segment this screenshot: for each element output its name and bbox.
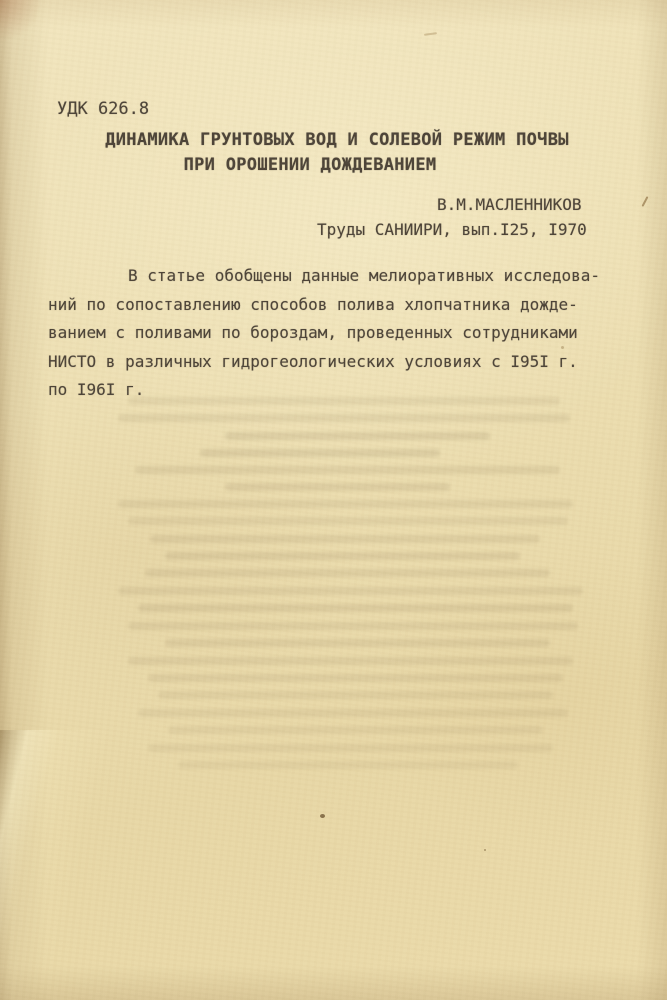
bleedthrough-line [128,657,573,665]
abstract-line: В статье обобщены данные мелиоративных и… [128,267,600,285]
bleedthrough-line [118,414,570,422]
ink-speck [484,849,486,851]
abstract-line: по I96I г. [48,381,144,399]
doc-title-line1: ДИНАМИКА ГРУНТОВЫХ ВОД И СОЛЕВОЙ РЕЖИМ П… [105,131,569,151]
abstract-line: НИСТО в различных гидрогеологических усл… [48,353,578,371]
bleedthrough-line [135,466,560,474]
bleedthrough-line [118,500,573,508]
source-line: Труды САНИИРИ, вып.I25, I970 [317,221,587,239]
bleedthrough-line [150,535,540,543]
ink-speck [320,814,325,818]
bleedthrough-line [165,552,520,560]
bleedthrough-line [128,517,568,525]
bleedthrough-line [145,569,550,577]
author-name: В.М.МАСЛЕННИКОВ [437,196,582,214]
ink-speck [561,346,564,349]
bleedthrough-line [178,761,518,769]
abstract-line: ванием с поливами по бороздам, проведенн… [48,324,578,342]
udc-code: УДК 626.8 [57,100,149,120]
bleedthrough-line [158,691,553,699]
bleedthrough-line [168,726,543,734]
bleedthrough-line [128,622,578,630]
document-page: УДК 626.8 ДИНАМИКА ГРУНТОВЫХ ВОД И СОЛЕВ… [0,0,667,1000]
bleedthrough-line [225,483,450,491]
page-curl [0,730,150,1000]
bleedthrough-line [148,744,553,752]
bleedthrough-line [200,449,440,457]
pen-mark [642,196,649,207]
ink-speck [424,32,437,36]
bleedthrough-line [138,604,573,612]
bleedthrough-line [138,709,568,717]
abstract-line: ний по сопоставлению способов полива хло… [48,296,578,314]
bleedthrough-line [128,397,560,405]
bleedthrough-line [225,432,490,440]
doc-title-line2: ПРИ ОРОШЕНИИ ДОЖДЕВАНИЕМ [184,156,437,176]
bleedthrough-line [165,639,550,647]
bleedthrough-line [148,674,563,682]
bleedthrough-line [118,587,583,595]
